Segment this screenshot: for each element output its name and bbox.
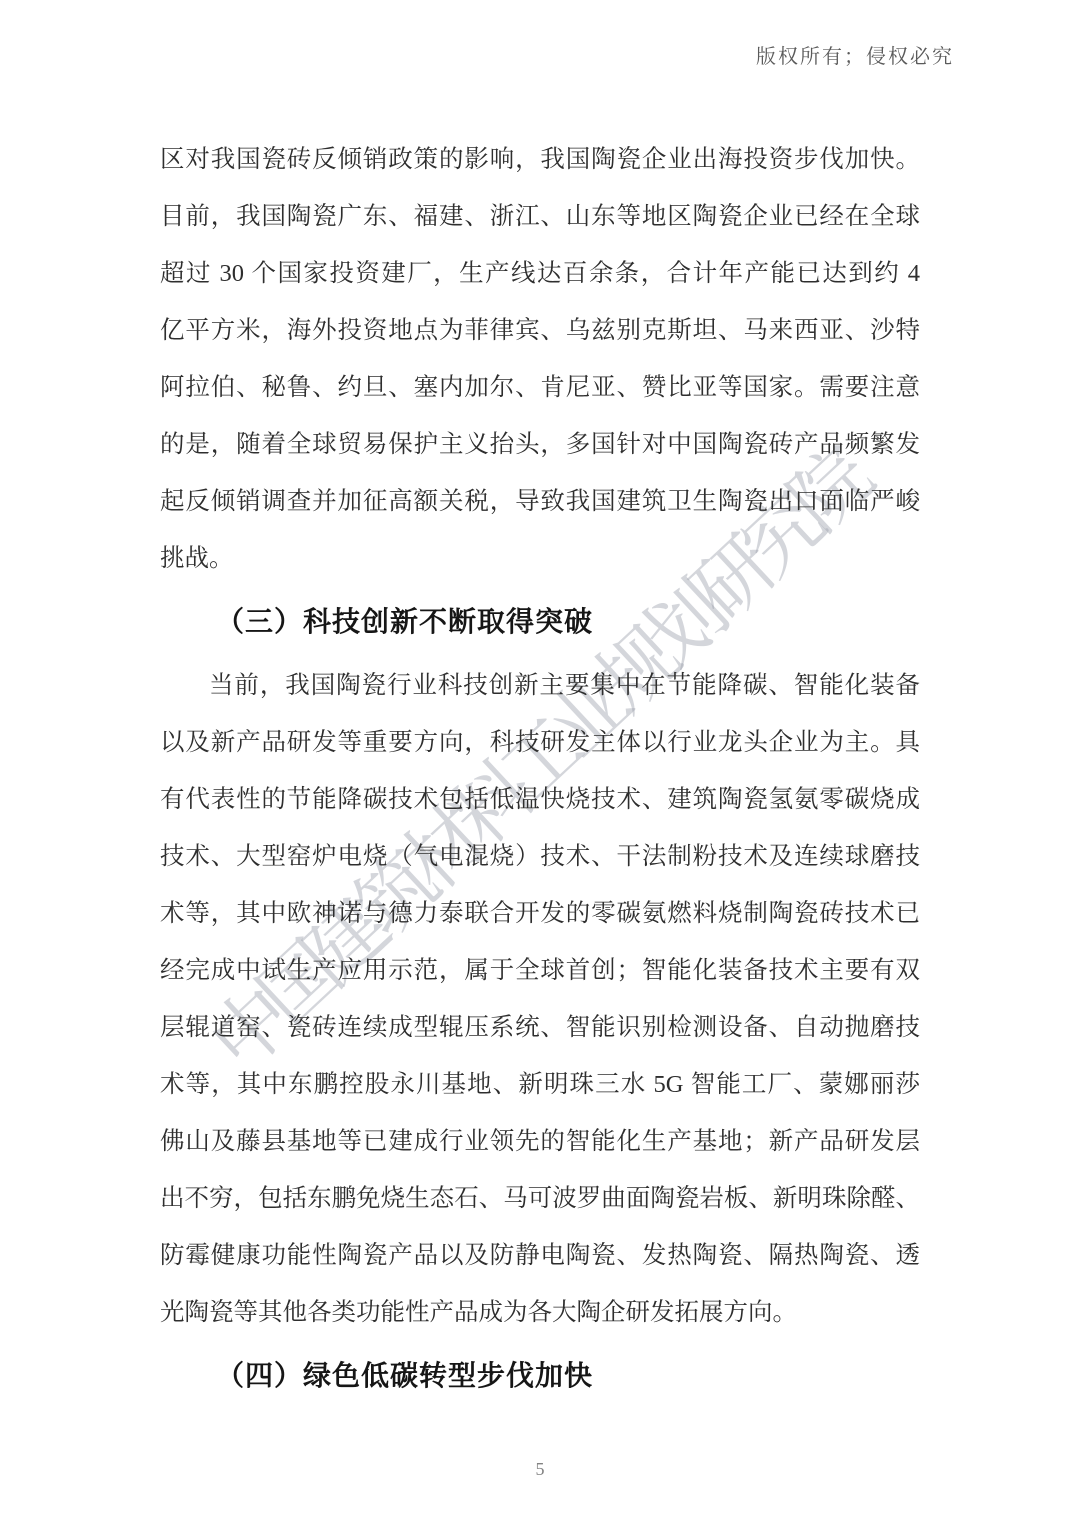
text-line: 出不穷，包括东鹏免烧生态石、马可波罗曲面陶瓷岩板、新明珠除醛、	[160, 1170, 920, 1227]
text-line: 层辊道窑、瓷砖连续成型辊压系统、智能识别检测设备、自动抛磨技	[160, 999, 920, 1056]
text-line: 挑战。	[160, 530, 920, 587]
text-line: 阿拉伯、秘鲁、约旦、塞内加尔、肯尼亚、赞比亚等国家。需要注意	[160, 359, 920, 416]
text-column: 区对我国瓷砖反倾销政策的影响，我国陶瓷企业出海投资步伐加快。目前，我国陶瓷广东、…	[160, 131, 920, 1411]
text-line: 亿平方米，海外投资地点为菲律宾、乌兹别克斯坦、马来西亚、沙特	[160, 302, 920, 359]
copyright-notice: 版权所有；侵权必究	[756, 40, 954, 69]
text-line: 光陶瓷等其他各类功能性产品成为各大陶企研发拓展方向。	[160, 1284, 920, 1341]
text-line: 当前，我国陶瓷行业科技创新主要集中在节能降碳、智能化装备	[160, 657, 920, 714]
text-line: 区对我国瓷砖反倾销政策的影响，我国陶瓷企业出海投资步伐加快。	[160, 131, 920, 188]
text-line: 佛山及藤县基地等已建成行业领先的智能化生产基地；新产品研发层	[160, 1113, 920, 1170]
document-page: 版权所有；侵权必究 中国建筑材料工业规划研究院 区对我国瓷砖反倾销政策的影响，我…	[0, 0, 1080, 1527]
text-line: 的是，随着全球贸易保护主义抬头，多国针对中国陶瓷砖产品频繁发	[160, 416, 920, 473]
text-line: 目前，我国陶瓷广东、福建、浙江、山东等地区陶瓷企业已经在全球	[160, 188, 920, 245]
text-line: 术等，其中东鹏控股永川基地、新明珠三水 5G 智能工厂、蒙娜丽莎	[160, 1056, 920, 1113]
text-line: 术等，其中欧神诺与德力泰联合开发的零碳氨燃料烧制陶瓷砖技术已	[160, 885, 920, 942]
text-line: 以及新产品研发等重要方向，科技研发主体以行业龙头企业为主。具	[160, 714, 920, 771]
text-line: 起反倾销调查并加征高额关税，导致我国建筑卫生陶瓷出口面临严峻	[160, 473, 920, 530]
page-number: 5	[0, 1459, 1080, 1480]
section-heading-4: （四）绿色低碳转型步伐加快	[160, 1343, 920, 1409]
text-line: 防霉健康功能性陶瓷产品以及防静电陶瓷、发热陶瓷、隔热陶瓷、透	[160, 1227, 920, 1284]
section-heading-3: （三）科技创新不断取得突破	[160, 589, 920, 655]
paragraph-continued: 区对我国瓷砖反倾销政策的影响，我国陶瓷企业出海投资步伐加快。目前，我国陶瓷广东、…	[160, 131, 920, 587]
text-line: 有代表性的节能降碳技术包括低温快烧技术、建筑陶瓷氢氨零碳烧成	[160, 771, 920, 828]
paragraph-tech-innovation: 当前，我国陶瓷行业科技创新主要集中在节能降碳、智能化装备以及新产品研发等重要方向…	[160, 657, 920, 1341]
text-line: 经完成中试生产应用示范，属于全球首创；智能化装备技术主要有双	[160, 942, 920, 999]
text-line: 超过 30 个国家投资建厂，生产线达百余条，合计年产能已达到约 4	[160, 245, 920, 302]
text-line: 技术、大型窑炉电烧（气电混烧）技术、干法制粉技术及连续球磨技	[160, 828, 920, 885]
